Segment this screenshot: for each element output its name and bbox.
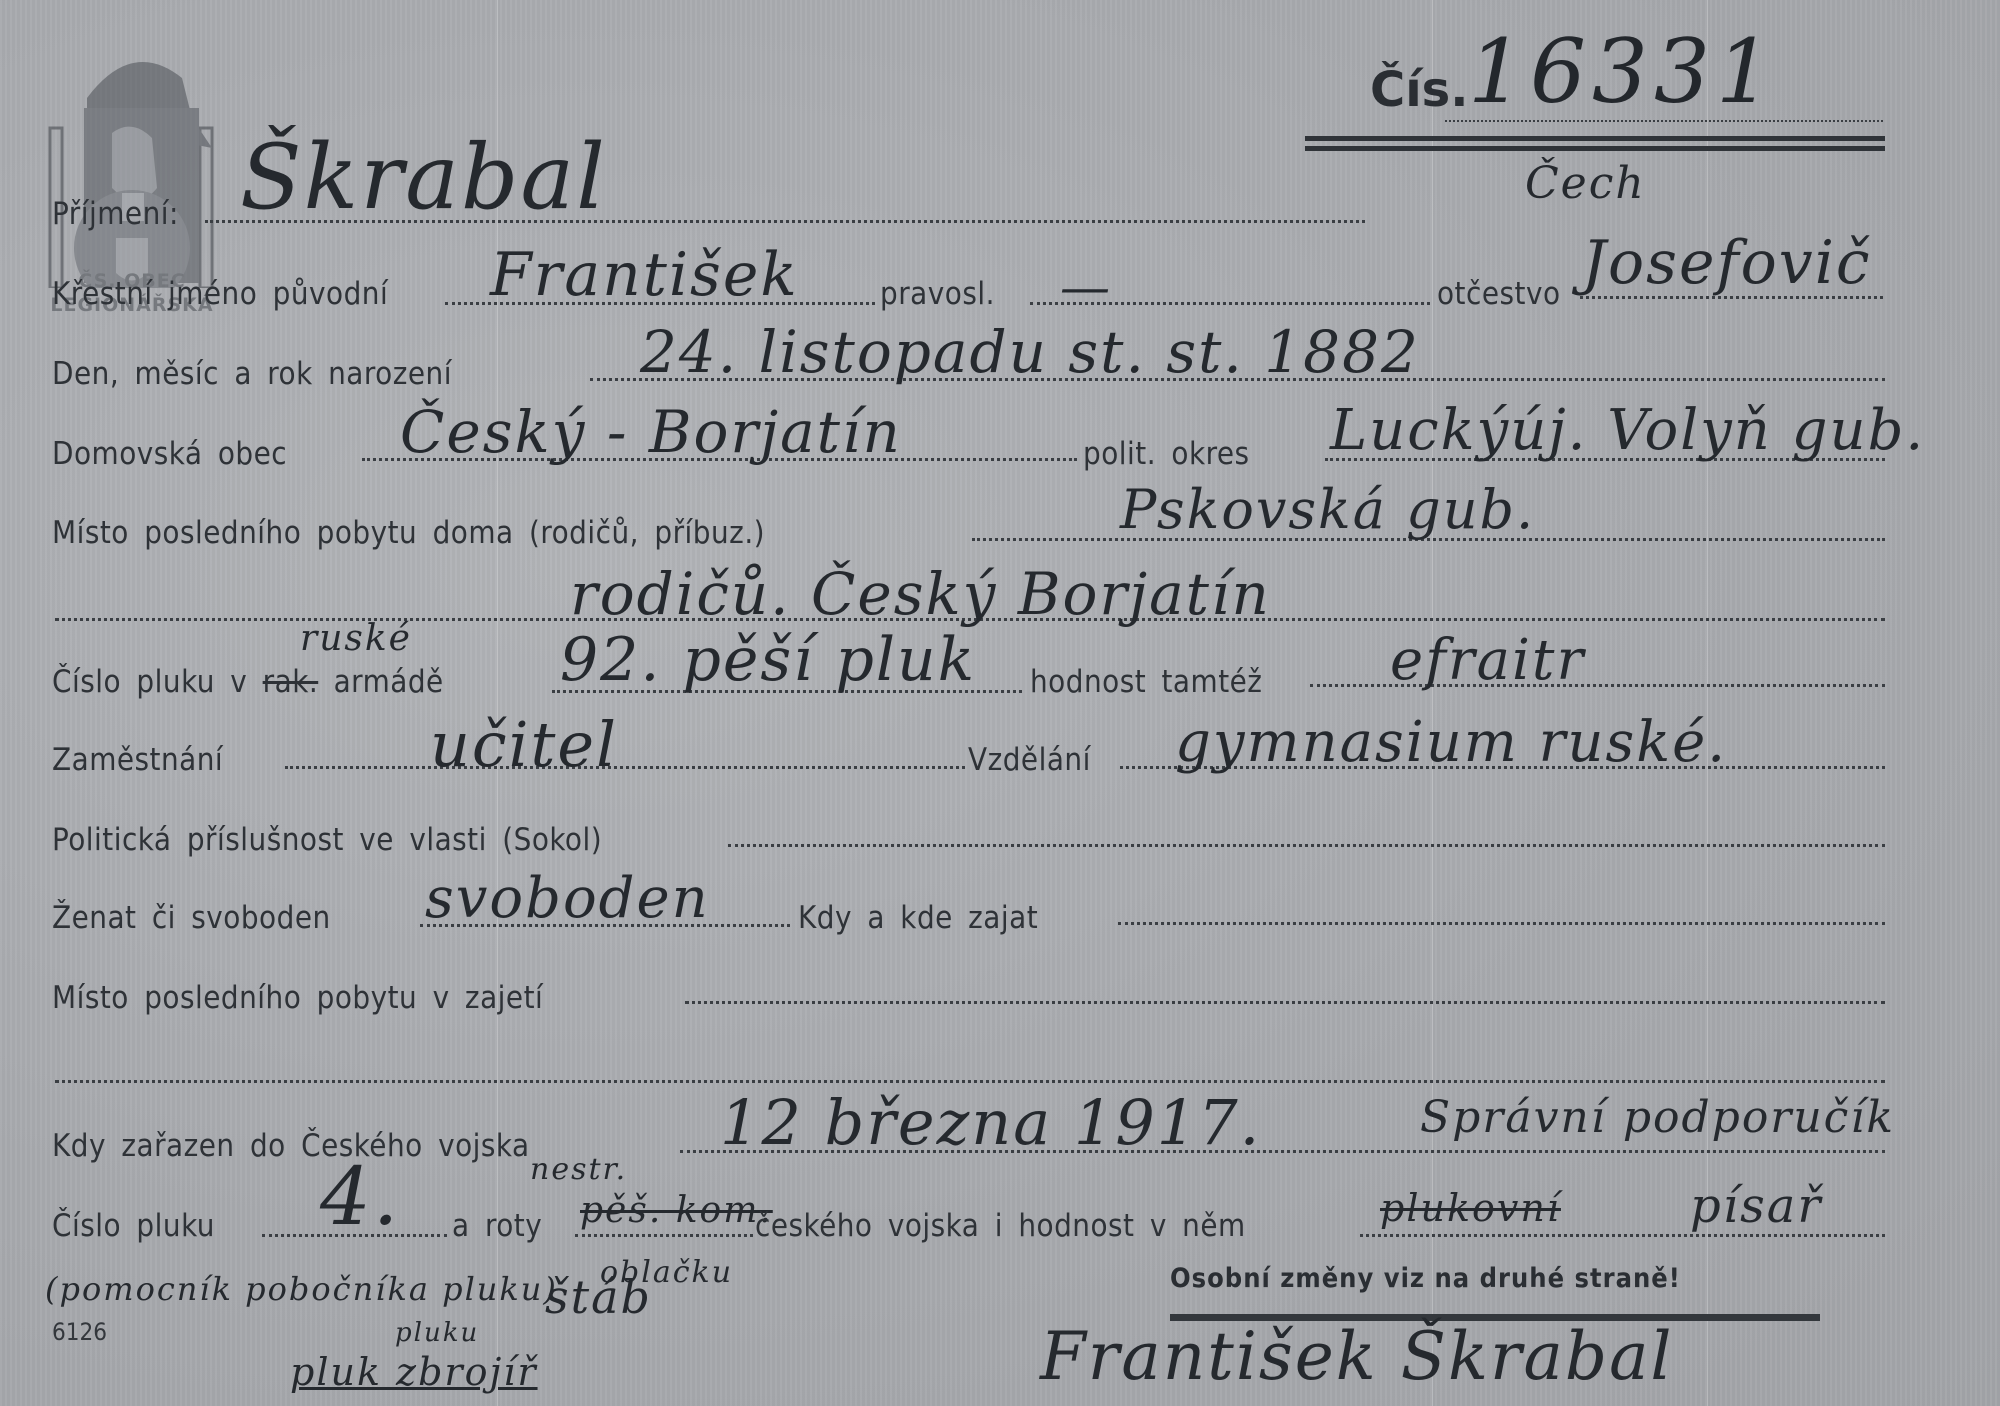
district-label: polit. okres	[1083, 436, 1250, 472]
company-value-above: nestr.	[530, 1152, 627, 1187]
education-label: Vzdělání	[968, 742, 1091, 778]
armourer-note: pluk zbrojíř	[290, 1350, 538, 1394]
rank-there-value[interactable]: efraitr	[1390, 628, 1585, 693]
political-affiliation-line[interactable]	[728, 844, 1885, 847]
last-residence-captivity-line[interactable]	[685, 1001, 1885, 1004]
enlisted-note: Správní podporučík	[1420, 1092, 1895, 1143]
regiment-number-value[interactable]: 92. pěší pluk	[560, 625, 976, 695]
company-line	[575, 1234, 753, 1237]
rank-in-czech-line	[1360, 1234, 1885, 1237]
district-value[interactable]: Luckýúj. Volyň gub.	[1330, 398, 1925, 463]
marital-status-value[interactable]: svoboden	[425, 866, 710, 931]
first-name-value[interactable]: František	[490, 240, 799, 310]
number-dotted-line	[1445, 120, 1883, 122]
rank-there-label: hodnost tamtéž	[1030, 664, 1262, 700]
regiment-label-inserted: ruské	[300, 618, 412, 659]
birth-date-value[interactable]: 24. listopadu st. st. 1882	[640, 318, 1420, 386]
occupation-label: Zaměstnání	[52, 742, 223, 778]
last-residence-home-value-line2[interactable]: rodičů. Český Borjatín	[570, 560, 1271, 628]
company-label: a roty	[452, 1208, 542, 1244]
rank-in-czech-struck: plukovní	[1380, 1186, 1561, 1230]
home-municipality-value[interactable]: Český - Borjatín	[400, 398, 902, 466]
home-municipality-label: Domovská obec	[52, 436, 287, 472]
patronymic-label: otčestvo	[1437, 276, 1561, 312]
enlisted-label: Kdy zařazen do Českého vojska	[52, 1128, 530, 1164]
header-rule	[1305, 136, 1885, 141]
rank-in-czech-value[interactable]: písař	[1690, 1178, 1822, 1234]
captured-line[interactable]	[1118, 922, 1885, 925]
last-residence-home-value[interactable]: Pskovská gub.	[1120, 478, 1535, 541]
signature: František Škrabal	[1040, 1318, 1674, 1395]
company-value-struck: pěš. kom.	[580, 1190, 773, 1231]
form-number: 6126	[52, 1318, 107, 1346]
regiment-label-struck: rak.	[263, 664, 319, 700]
header-rule	[1305, 146, 1885, 151]
regiment-label-suffix: armádě	[334, 664, 444, 700]
left-margin-note: (pomocník pobočníka pluku)	[45, 1270, 558, 1308]
staff-note: štáb	[545, 1270, 652, 1324]
enlisted-value[interactable]: 12 března 1917.	[720, 1086, 1261, 1159]
orthodox-value[interactable]: —	[1060, 258, 1112, 316]
nationality-note: Čech	[1525, 158, 1646, 209]
last-residence-captivity-label: Místo posledního pobytu v zajetí	[52, 980, 543, 1016]
education-value[interactable]: gymnasium ruské.	[1175, 710, 1727, 775]
personal-changes-notice: Osobní změny viz na druhé straně!	[1170, 1263, 1681, 1294]
orthodox-label: pravosl.	[880, 276, 995, 312]
surname-value[interactable]: Škrabal	[240, 125, 607, 230]
regiment-number-label: Číslo pluku v rak. armádě	[52, 664, 444, 700]
card-number: 16331	[1468, 20, 1778, 123]
first-name-label: Křestní jméno původní	[52, 276, 388, 312]
occupation-value[interactable]: učitel	[430, 708, 618, 781]
czech-regiment-label: Číslo pluku	[52, 1208, 215, 1244]
occupation-line	[285, 766, 965, 769]
number-label: Čís.	[1370, 62, 1468, 118]
staff-sub-note: pluku	[395, 1318, 479, 1348]
company-label-suffix: českého vojska i hodnost v něm	[755, 1208, 1246, 1244]
patronymic-value[interactable]: Josefovič	[1582, 228, 1872, 298]
captured-label: Kdy a kde zajat	[798, 900, 1038, 936]
last-residence-captivity-line2[interactable]	[55, 1080, 1885, 1083]
political-affiliation-label: Politická příslušnost ve vlasti (Sokol)	[52, 822, 602, 858]
czech-regiment-value[interactable]: 4.	[320, 1150, 400, 1243]
last-residence-home-label: Místo posledního pobytu doma (rodičů, př…	[52, 515, 765, 551]
regiment-label-prefix: Číslo pluku v	[52, 664, 247, 700]
marital-status-label: Ženat či svoboden	[52, 900, 331, 936]
birth-date-label: Den, měsíc a rok narození	[52, 356, 452, 392]
surname-label: Příjmení:	[52, 196, 179, 232]
